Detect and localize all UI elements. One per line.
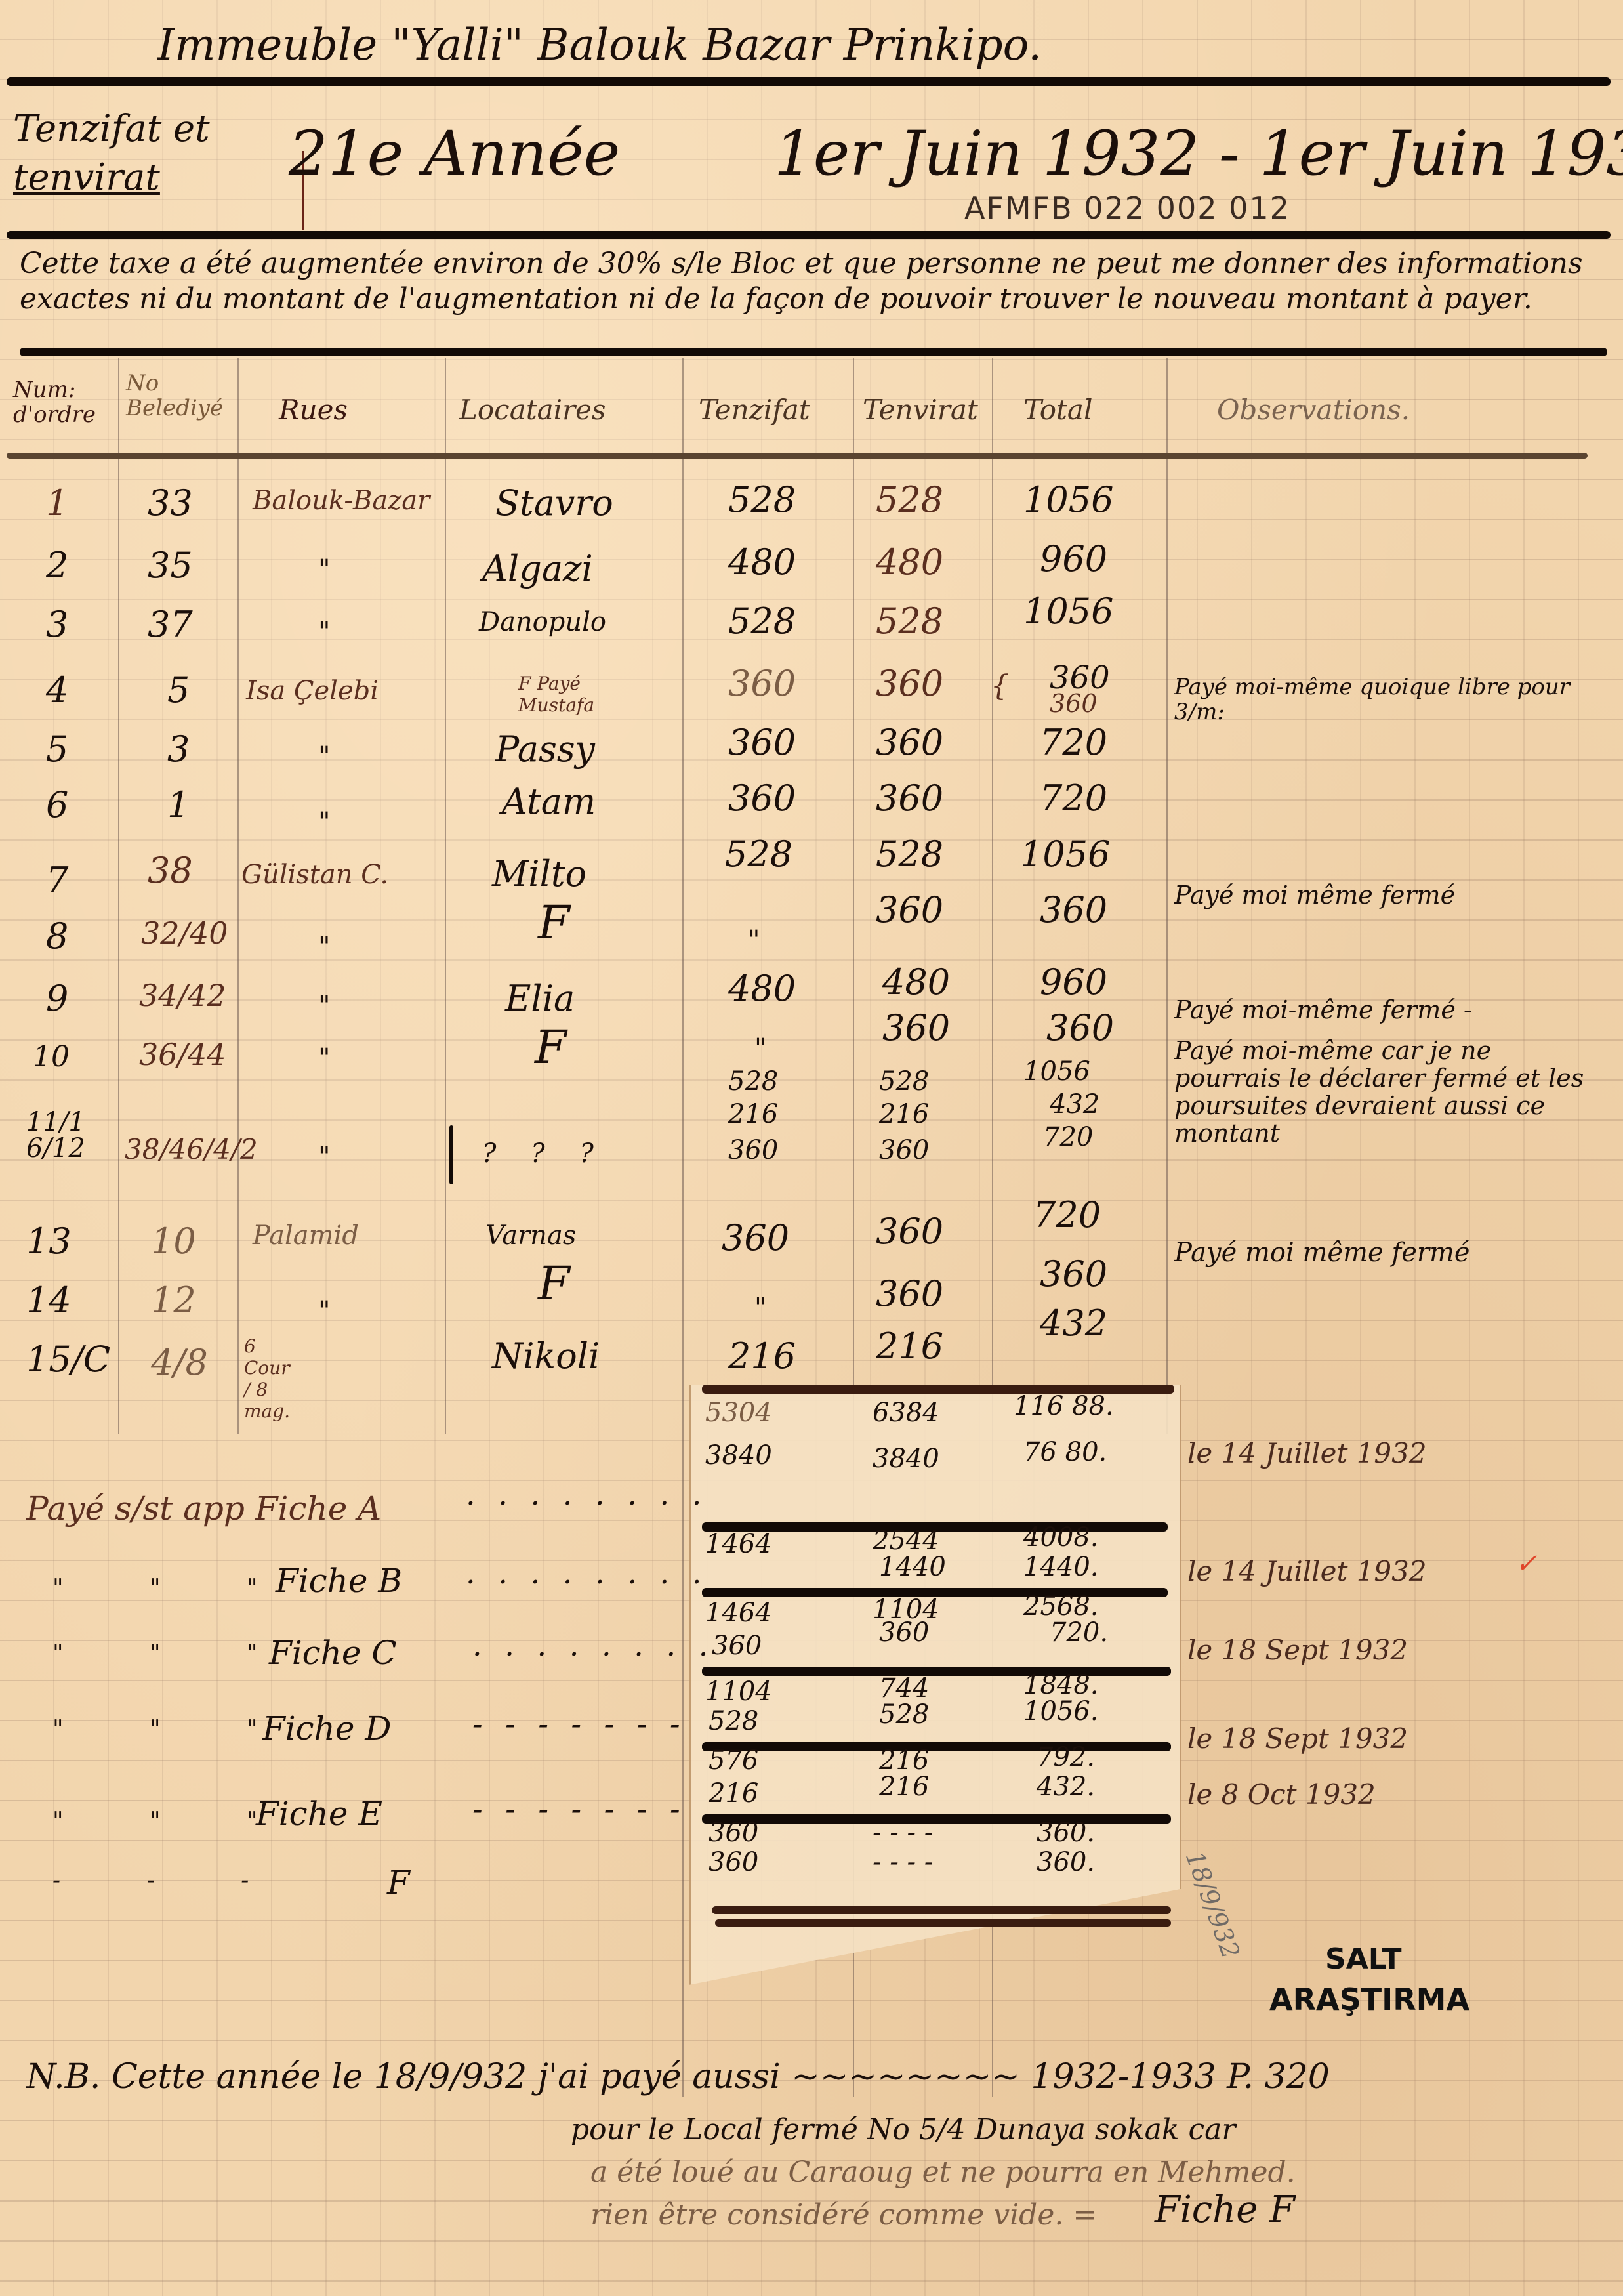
fiche-b-label: Fiche B bbox=[276, 1562, 402, 1600]
fiche-c-tenvirat-2: 360 bbox=[879, 1618, 929, 1648]
row-locataire: Milto bbox=[492, 853, 586, 894]
paid-date: le 14 Juillet 1932 bbox=[1187, 1437, 1427, 1469]
fiche-d-label: Fiche D bbox=[262, 1709, 391, 1747]
footnote-line3: a été loué au Caraoug et ne pourra en Me… bbox=[590, 2156, 1296, 2189]
row-num: 7 bbox=[46, 860, 68, 901]
row-tenvirat-3: 360 bbox=[879, 1135, 929, 1165]
document-title: Immeuble "Yalli" Balouk Bazar Prinkipo. bbox=[157, 20, 1042, 70]
fiche-f-tenzifat-1: 360 bbox=[709, 1818, 758, 1848]
fiche-a-label: Payé s/st app Fiche A bbox=[26, 1490, 381, 1528]
row-tenvirat-1: 528 bbox=[879, 1066, 929, 1096]
table-header-divider bbox=[7, 453, 1588, 459]
paid-total-tenzifat: 3840 bbox=[705, 1440, 772, 1471]
fiche-e-tenvirat-2: 216 bbox=[879, 1772, 929, 1802]
row-tenzifat: 360 bbox=[728, 722, 796, 763]
row-num: 2 bbox=[46, 545, 68, 586]
row-num: 14 bbox=[26, 1280, 72, 1321]
row-belediye: 38/46/4/2 bbox=[125, 1135, 236, 1164]
row-belediye: 1 bbox=[167, 784, 190, 825]
row-rue: " bbox=[318, 991, 330, 1021]
year-mark: 21e Année bbox=[289, 118, 620, 190]
row-observation: Payé moi même fermé bbox=[1174, 1240, 1607, 1265]
row-belediye: 38 bbox=[148, 850, 193, 891]
grand-total-total: 116 88. bbox=[1014, 1391, 1114, 1421]
title-divider bbox=[7, 77, 1611, 86]
row-total: 960 bbox=[1040, 961, 1107, 1003]
section-label: Tenzifat et tenvirat bbox=[13, 105, 210, 202]
col-rule-observations bbox=[1166, 358, 1168, 1434]
row-total-extra: 360 bbox=[1050, 689, 1098, 718]
fiche-b-tenzifat-1: 1464 bbox=[705, 1529, 772, 1559]
fiche-e-leader: - - - - - - - bbox=[472, 1791, 687, 1827]
fiche-b-total-2: 1440. bbox=[1023, 1552, 1099, 1582]
row-tenzifat-1: 528 bbox=[728, 1066, 778, 1096]
row-num: 6 bbox=[46, 784, 68, 825]
row-tenvirat: 360 bbox=[882, 1007, 950, 1049]
fiche-ditto: " " " bbox=[52, 1575, 297, 1602]
row-locataire: Varnas bbox=[485, 1221, 576, 1251]
grand-total-tenzifat: 5304 bbox=[705, 1398, 772, 1428]
fiche-f-total-1: 360. bbox=[1037, 1818, 1095, 1848]
row-total: 1056 bbox=[1020, 833, 1110, 875]
row-tenzifat: 360 bbox=[722, 1217, 789, 1259]
header-tenzifat: Tenzifat bbox=[699, 394, 810, 426]
row-locataire: F Payé Mustafa bbox=[518, 673, 630, 716]
row-num: 1 bbox=[46, 482, 68, 524]
row-tenzifat: 360 bbox=[728, 663, 796, 704]
row-belediye: 35 bbox=[148, 545, 193, 586]
row-locataire: Algazi bbox=[482, 548, 593, 589]
row-num: 13 bbox=[26, 1221, 72, 1262]
row-tenzifat: 216 bbox=[728, 1335, 796, 1377]
fiche-c-label: Fiche C bbox=[269, 1634, 397, 1672]
row-belediye: 32/40 bbox=[141, 915, 228, 951]
row-total: 360 bbox=[1040, 889, 1107, 930]
check-mark-icon: ✓ bbox=[1515, 1549, 1538, 1579]
row-tenzifat: 528 bbox=[728, 600, 796, 642]
fiche-b-date: le 14 Juillet 1932 bbox=[1187, 1555, 1427, 1587]
header-total: Total bbox=[1023, 394, 1092, 426]
row-tenzifat-3: 360 bbox=[728, 1135, 778, 1165]
slip-closing-rule-2 bbox=[715, 1919, 1171, 1927]
row-total: 1056 bbox=[1023, 591, 1113, 632]
fiche-c-total-2: 720. bbox=[1050, 1618, 1108, 1648]
fiche-b-tenvirat-2: 1440 bbox=[879, 1552, 946, 1582]
row-tenvirat: 216 bbox=[876, 1325, 943, 1367]
fiche-ditto: - - - bbox=[52, 1867, 288, 1894]
row-total: 360 bbox=[1040, 1253, 1107, 1295]
row-tenvirat: 480 bbox=[882, 961, 950, 1003]
fiche-f-total-2: 360. bbox=[1037, 1847, 1095, 1877]
row-total-brace: { bbox=[991, 669, 1009, 703]
row-total: 360 bbox=[1046, 1007, 1114, 1049]
row-total: 720 bbox=[1033, 1194, 1101, 1236]
fiche-e-total-2: 432. bbox=[1037, 1772, 1095, 1802]
row-num: 15/C bbox=[26, 1339, 110, 1380]
row-rue: " bbox=[318, 807, 330, 837]
row-belediye: 10 bbox=[151, 1221, 196, 1262]
row-locataire: Stavro bbox=[495, 482, 613, 524]
row-belediye: 37 bbox=[148, 604, 193, 645]
fiche-d-tenvirat-2: 528 bbox=[879, 1700, 929, 1730]
section-label-line1: Tenzifat et bbox=[13, 105, 210, 154]
col-rule-tenzifat bbox=[682, 358, 684, 2097]
row-total-1: 1056 bbox=[1023, 1056, 1090, 1087]
fiche-ditto: " " " bbox=[52, 1640, 297, 1667]
row-tenvirat: 360 bbox=[876, 722, 943, 763]
row-tenzifat: " bbox=[754, 1033, 766, 1064]
slip-closing-rule-1 bbox=[712, 1906, 1171, 1914]
fiche-ditto: " " " bbox=[52, 1716, 297, 1743]
salt-stamp-line1: SALT bbox=[1325, 1942, 1402, 1976]
row-rue: Palamid bbox=[253, 1221, 359, 1251]
row-tenvirat: 360 bbox=[876, 1273, 943, 1314]
row-locataire: Elia bbox=[505, 978, 575, 1019]
footnote-fiche-ref: Fiche F bbox=[1155, 2188, 1295, 2231]
section-label-line2: tenvirat bbox=[13, 154, 210, 202]
note-divider bbox=[20, 348, 1607, 356]
fiche-e-rule bbox=[702, 1742, 1171, 1751]
row-belediye: 34/42 bbox=[139, 978, 226, 1013]
fiche-c-date: le 18 Sept 1932 bbox=[1187, 1634, 1408, 1666]
row-tenvirat: 360 bbox=[876, 889, 943, 930]
row-tenvirat: 528 bbox=[876, 600, 943, 642]
row-locataire: Nikoli bbox=[492, 1335, 600, 1377]
row-tenzifat: 528 bbox=[728, 479, 796, 520]
fiche-d-total-2: 1056. bbox=[1023, 1696, 1099, 1726]
row-locataire: F bbox=[535, 1020, 567, 1074]
row-tenvirat-2: 216 bbox=[879, 1099, 929, 1129]
fiche-e-date: le 8 Oct 1932 bbox=[1187, 1778, 1376, 1810]
fiche-d-rule bbox=[702, 1667, 1171, 1676]
fiche-d-tenzifat-2: 528 bbox=[709, 1706, 758, 1736]
col-rule-rues bbox=[237, 358, 239, 1434]
row-tenvirat: 528 bbox=[876, 479, 943, 520]
fiche-e-total-1: 792. bbox=[1037, 1742, 1095, 1772]
fiche-e-label: Fiche E bbox=[256, 1795, 382, 1833]
row-tenvirat: 360 bbox=[876, 778, 943, 819]
fiche-b-leader: . . . . . . . . bbox=[466, 1555, 708, 1591]
row-rue: " bbox=[318, 1142, 330, 1172]
footnote-line4: rien être considéré comme vide. = bbox=[590, 2198, 1097, 2232]
tax-increase-note: Cette taxe a été augmentée environ de 30… bbox=[20, 246, 1594, 317]
row-num: 5 bbox=[46, 728, 68, 770]
row-observation: Payé moi même fermé bbox=[1174, 883, 1607, 908]
salt-stamp-line2: ARAŞTIRMA bbox=[1269, 1982, 1469, 2017]
row-locataire: Atam bbox=[502, 781, 596, 822]
row-belediye: 12 bbox=[151, 1280, 196, 1321]
row-locataire: ? ? ? bbox=[482, 1138, 607, 1169]
row-tenzifat-2: 216 bbox=[728, 1099, 778, 1129]
fiche-f-rule bbox=[702, 1814, 1171, 1824]
fiche-b-total-1: 4008. bbox=[1023, 1522, 1099, 1553]
row-num: 8 bbox=[46, 915, 68, 957]
row-locataire: Danopulo bbox=[479, 607, 606, 637]
row-locataire: F bbox=[538, 1257, 570, 1310]
row-belediye: 5 bbox=[167, 669, 190, 711]
row-tenvirat: 480 bbox=[876, 541, 943, 583]
fiche-f-tenzifat-2: 360 bbox=[709, 1847, 758, 1877]
row-rue: Balouk-Bazar bbox=[253, 486, 430, 516]
row-total: 720 bbox=[1040, 722, 1107, 763]
row-tenvirat: 528 bbox=[876, 833, 943, 875]
row-tenzifat: 528 bbox=[725, 833, 792, 875]
paid-total-tenvirat: 3840 bbox=[873, 1444, 939, 1474]
row-belediye: 4/8 bbox=[151, 1342, 208, 1383]
row-rue: " bbox=[318, 932, 330, 962]
header-divider bbox=[7, 231, 1611, 239]
col-rule-belediye bbox=[118, 358, 119, 1434]
locataire-bracket bbox=[449, 1125, 453, 1184]
archive-reference-code: AFMFB 022 002 012 bbox=[964, 190, 1290, 226]
row-belediye: 33 bbox=[148, 482, 193, 524]
grand-total-tenvirat: 6384 bbox=[873, 1398, 939, 1428]
fiche-e-tenzifat-2: 216 bbox=[709, 1778, 758, 1808]
row-total: 720 bbox=[1040, 778, 1107, 819]
row-num: 11/16/12 bbox=[26, 1109, 92, 1161]
header-locataires: Locataires bbox=[459, 394, 606, 426]
row-locataire: Passy bbox=[495, 728, 595, 770]
fiche-c-tenzifat-1: 1464 bbox=[705, 1598, 772, 1628]
fiche-d-date: le 18 Sept 1932 bbox=[1187, 1722, 1408, 1755]
row-total-2: 432 bbox=[1050, 1089, 1099, 1119]
col-rule-locataires bbox=[445, 358, 446, 1434]
row-rue: " bbox=[318, 617, 330, 647]
row-rue: " bbox=[318, 554, 330, 585]
row-tenzifat: 480 bbox=[728, 968, 796, 1009]
fiscal-period: 1er Juin 1932 - 1er Juin 1933. bbox=[774, 118, 1623, 190]
row-tenzifat: 480 bbox=[728, 541, 796, 583]
row-belediye: 36/44 bbox=[139, 1037, 226, 1072]
fiche-f-tenvirat-2: - - - - bbox=[873, 1847, 933, 1877]
paid-total-total: 76 80. bbox=[1023, 1437, 1107, 1467]
row-observation: Payé moi-même car je ne pourrais le décl… bbox=[1174, 1037, 1601, 1147]
row-tenzifat: " bbox=[754, 1293, 766, 1323]
fiche-f-tenvirat-1: - - - - bbox=[873, 1818, 933, 1848]
row-total: 960 bbox=[1040, 538, 1107, 579]
footnote-line1: N.B. Cette année le 18/9/932 j'ai payé a… bbox=[26, 2057, 1330, 2097]
row-num: 4 bbox=[46, 669, 68, 711]
row-rue: Gülistan C. bbox=[241, 860, 388, 890]
header-rues: Rues bbox=[279, 394, 348, 426]
row-rue: " bbox=[318, 1296, 330, 1326]
row-total: 1056 bbox=[1023, 479, 1113, 520]
fiche-f-label: F bbox=[387, 1864, 410, 1902]
fiche-d-leader: - - - - - - - bbox=[472, 1706, 687, 1742]
row-tenzifat: 360 bbox=[728, 778, 796, 819]
row-locataire: F bbox=[538, 896, 570, 950]
fiche-e-tenzifat-1: 576 bbox=[709, 1745, 758, 1776]
row-observation: Payé moi-même fermé - bbox=[1174, 997, 1607, 1022]
header-observations: Observations. bbox=[1217, 394, 1410, 426]
row-tenvirat: 360 bbox=[876, 663, 943, 704]
row-num: 3 bbox=[46, 604, 68, 645]
fiche-d-tenzifat-1: 1104 bbox=[705, 1677, 772, 1707]
row-num: 10 bbox=[33, 1040, 70, 1074]
fiche-c-tenzifat-2: 360 bbox=[712, 1631, 762, 1661]
fiche-c-leader: . . . . . . . . bbox=[472, 1627, 714, 1663]
header-num-ordre: Num: d'ordre bbox=[13, 377, 96, 427]
row-rue: Isa Çelebi bbox=[246, 676, 379, 706]
header-belediye: No Belediyé bbox=[126, 371, 223, 421]
fiche-a-leader: . . . . . . . . bbox=[466, 1476, 708, 1512]
row-rue: 6 Cour / 8 mag. bbox=[244, 1335, 297, 1422]
row-rue: " bbox=[318, 741, 330, 772]
header-tenvirat: Tenvirat bbox=[863, 394, 978, 426]
footnote-line2: pour le Local fermé No 5/4 Dunaya sokak … bbox=[571, 2113, 1235, 2146]
row-num: 9 bbox=[46, 978, 68, 1019]
row-tenzifat: " bbox=[748, 925, 760, 955]
row-belediye: 3 bbox=[167, 728, 190, 770]
row-rue: " bbox=[318, 1043, 330, 1074]
row-tenvirat: 360 bbox=[876, 1211, 943, 1252]
row-total: 432 bbox=[1040, 1303, 1107, 1344]
row-observation: Payé moi-même quoique libre pour 3/m: bbox=[1174, 675, 1607, 724]
row-total-3: 720 bbox=[1043, 1122, 1093, 1152]
